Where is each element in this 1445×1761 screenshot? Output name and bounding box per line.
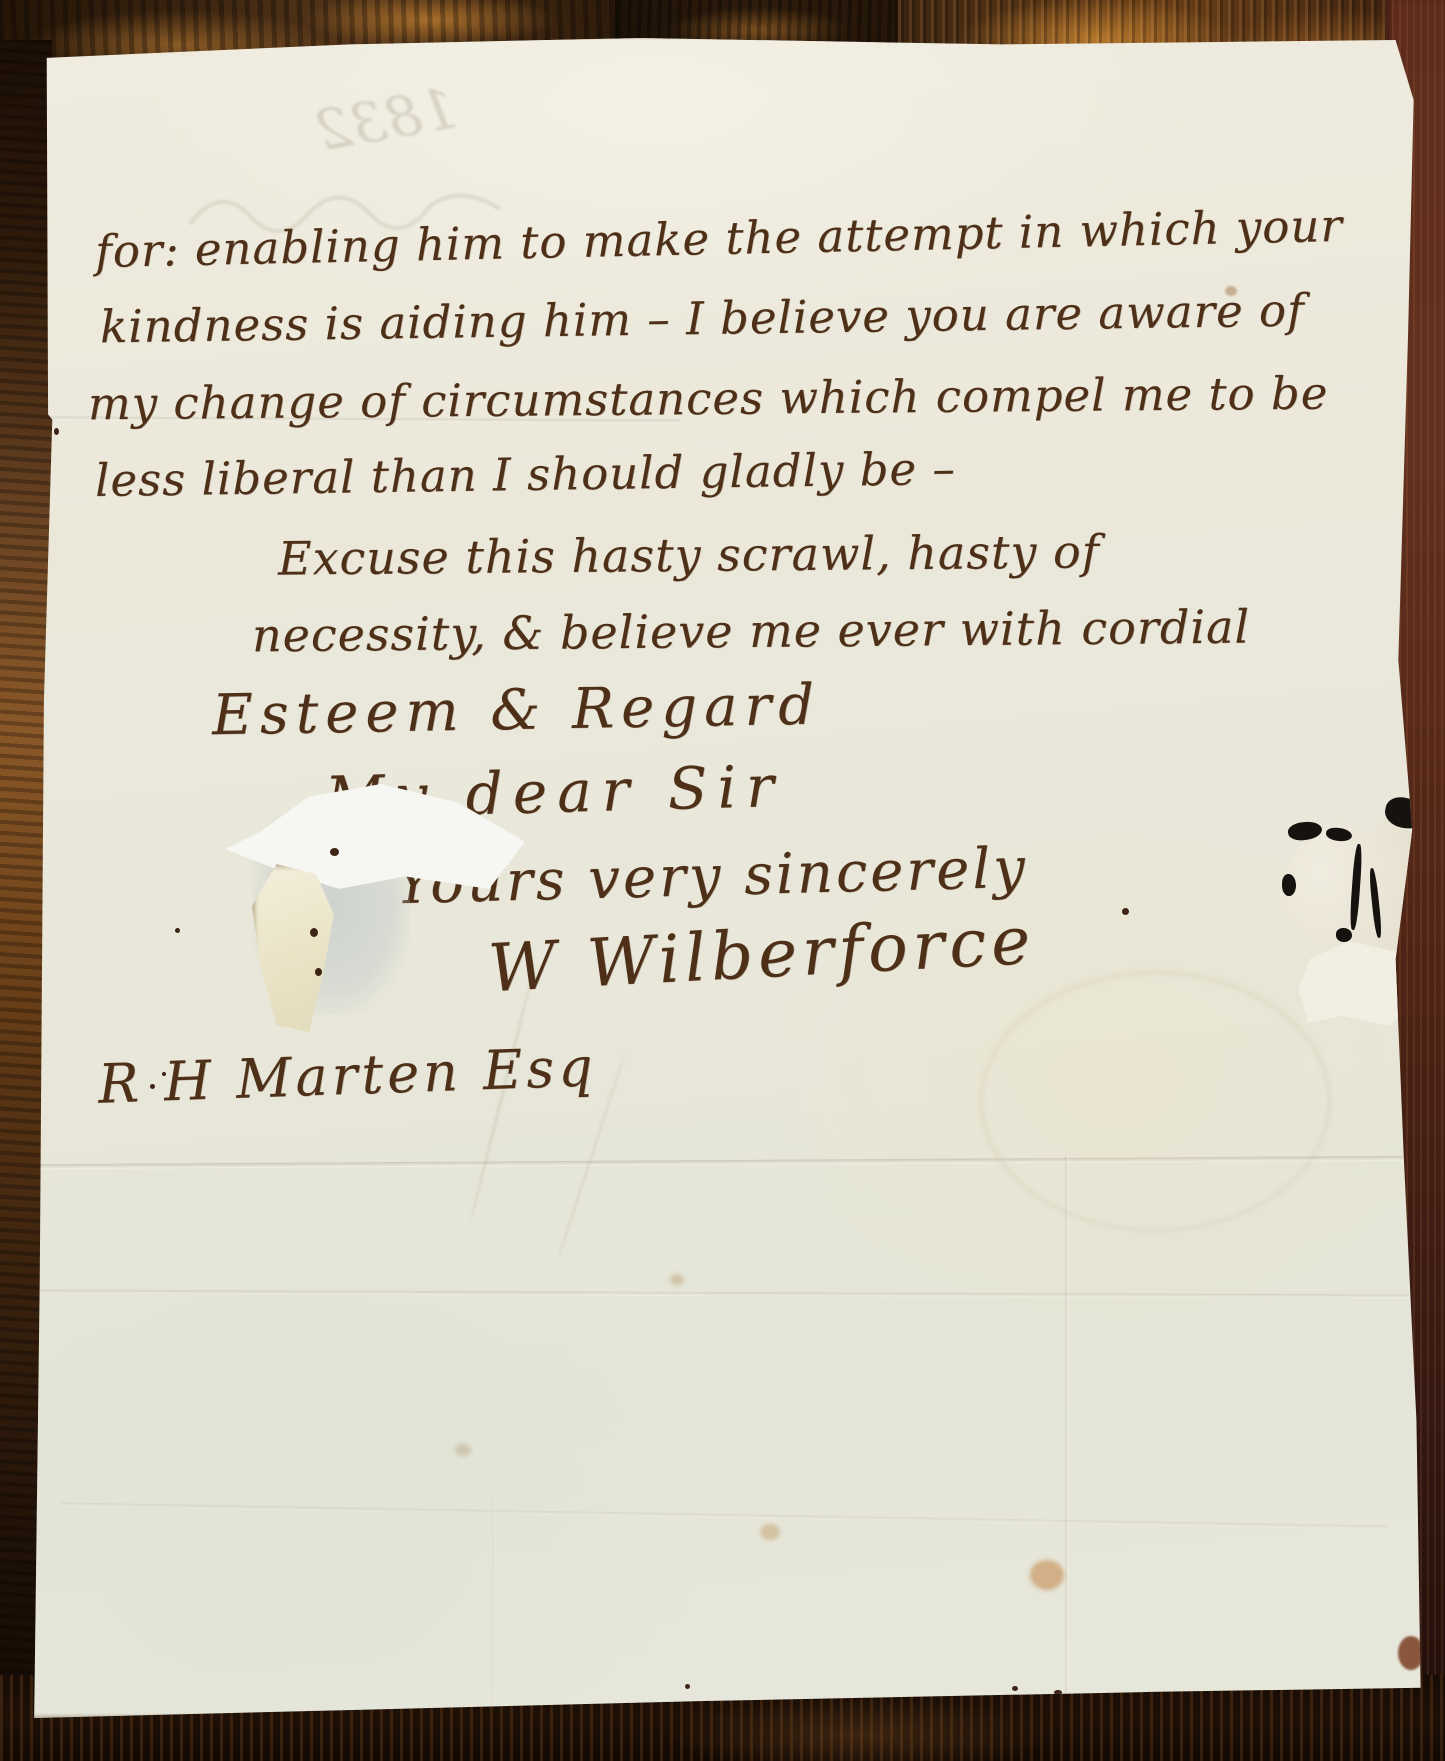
- wax-ink-blot: [1336, 928, 1352, 942]
- ink-speck: [330, 848, 339, 856]
- wax-ink-blot: [1325, 827, 1352, 843]
- fold-crease: [30, 1290, 1410, 1299]
- closing-line: Esteem & Regard: [211, 673, 821, 749]
- salutation-line: My dear Sir: [324, 752, 784, 832]
- ink-speck: [150, 1084, 155, 1089]
- photograph-of-letter: 1832 for: enabling him to make the attem…: [0, 0, 1445, 1761]
- addressee-line: R H Marten Esq: [97, 1035, 598, 1115]
- ink-speck: [162, 1072, 166, 1076]
- ink-speck: [175, 928, 180, 933]
- torn-paper-backing: [252, 814, 410, 1014]
- ghost-docket-year: 1832: [310, 76, 462, 165]
- letter-line: for: enabling him to make the attempt in…: [95, 199, 1344, 278]
- wax-ink-blot: [1368, 868, 1382, 938]
- signature: W Wilberforce: [486, 902, 1037, 1008]
- ink-speck: [1122, 908, 1129, 915]
- ink-speck: [54, 428, 59, 435]
- fold-crease-vertical: [1065, 1156, 1069, 1731]
- ink-speck: [685, 1684, 690, 1689]
- ink-speck: [310, 928, 318, 937]
- letter-line: necessity, & believe me ever with cordia…: [252, 600, 1251, 663]
- letter-line: my change of circumstances which compel …: [88, 367, 1329, 431]
- foxing-stain: [455, 1444, 471, 1456]
- wax-ink-blot: [1282, 874, 1296, 896]
- ink-speck: [1012, 1686, 1018, 1691]
- wax-ink-blot: [1287, 820, 1323, 843]
- fold-crease: [30, 1156, 1422, 1170]
- wax-ink-blot: [1349, 844, 1363, 930]
- ink-speck: [315, 968, 322, 976]
- valediction-line: Yours very sincerely: [394, 836, 1028, 918]
- foxing-stain: [670, 1274, 684, 1285]
- letter-page: 1832 for: enabling him to make the attem…: [30, 36, 1422, 1718]
- letter-line: less liberal than I should gladly be –: [95, 442, 957, 507]
- letter-line: Excuse this hasty scrawl, hasty of: [278, 524, 1100, 585]
- fold-crease: [60, 1502, 1390, 1529]
- paper-hole: [252, 864, 334, 1032]
- foxing-stain: [1030, 1560, 1064, 1590]
- foxing-stain: [760, 1524, 780, 1540]
- letter-line: kindness is aiding him – I believe you a…: [100, 284, 1305, 354]
- water-stain-ring: [980, 971, 1331, 1232]
